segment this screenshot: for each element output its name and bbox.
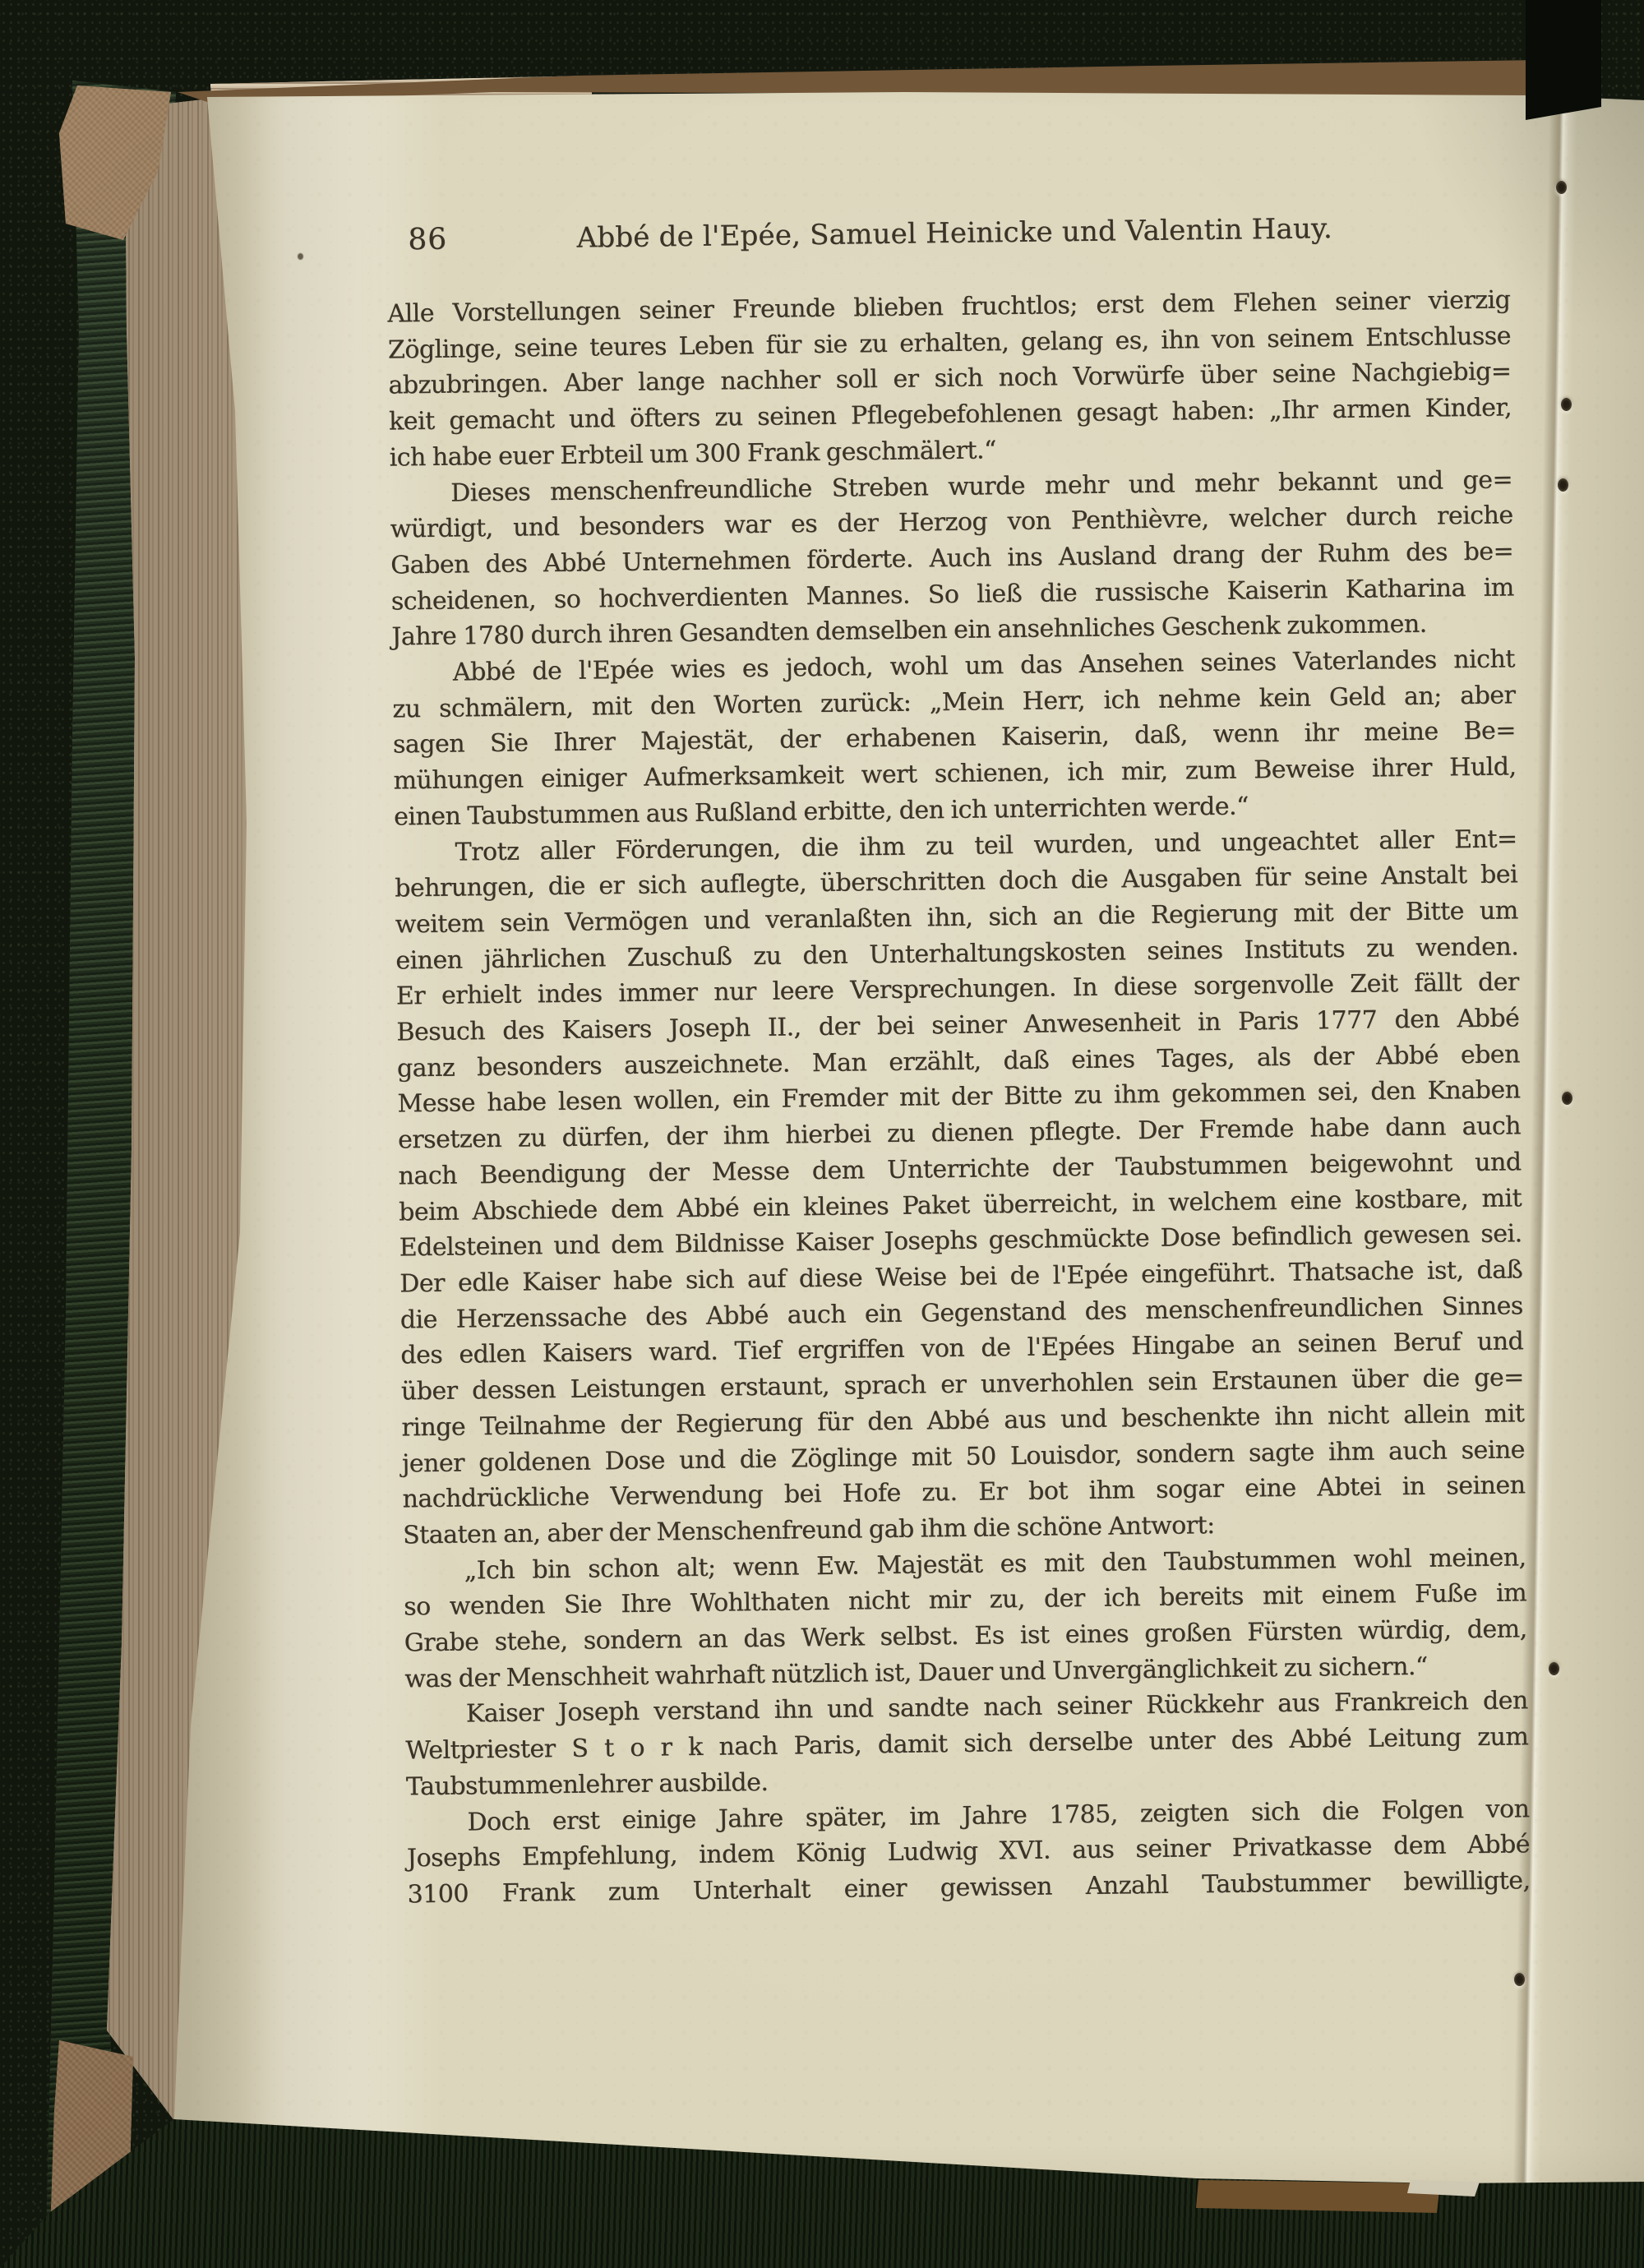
page-crease: [1499, 104, 1585, 2185]
text-line: ich habe euer Erbteil um 300 Frank gesch…: [389, 426, 1512, 476]
text-line: Kaiser Joseph verstand ihn und sandte na…: [405, 1684, 1528, 1734]
text-line: Jahre 1780 durch ihren Gesandten demselb…: [391, 606, 1514, 656]
text-line: Abbé de l'Epée wies es jedoch, wohl um d…: [392, 641, 1515, 691]
worm-hole: [1561, 398, 1572, 411]
text-line: 3100 Frank zum Unterhalt einer gewissen …: [407, 1863, 1530, 1913]
paper-speck: [298, 253, 303, 260]
text-line: Zöglinge, seine teures Leben für sie zu …: [388, 318, 1511, 368]
page-content: 86 Abbé de l'Epée, Samuel Heinicke und V…: [386, 208, 1531, 1948]
worm-hole: [1549, 1662, 1559, 1675]
worm-hole: [1556, 181, 1567, 194]
text-line: ersetzen zu dürfen, der ihm hierbei zu d…: [398, 1108, 1521, 1158]
text-line: Doch erst einige Jahre später, im Jahre …: [406, 1791, 1529, 1841]
text-line: behrungen, die er sich auflegte, übersch…: [395, 857, 1517, 908]
text-line: jener goldenen Dose und die Zöglinge mit…: [402, 1432, 1525, 1482]
text-line: Edelsteinen und dem Bildnisse Kaiser Jos…: [399, 1217, 1522, 1267]
book-scan: 86 Abbé de l'Epée, Samuel Heinicke und V…: [0, 0, 1644, 2268]
text-line: abzubringen. Aber lange nachher soll er …: [388, 354, 1511, 404]
page-header: 86 Abbé de l'Epée, Samuel Heinicke und V…: [386, 208, 1509, 258]
text-block: Alle Vorstellungen seiner Freunde bliebe…: [387, 282, 1531, 1913]
text-line: die Herzenssache des Abbé auch ein Gegen…: [400, 1288, 1523, 1338]
text-line: Der edle Kaiser habe sich auf diese Weis…: [399, 1252, 1522, 1302]
text-line: Grabe stehe, sondern an das Werk selbst.…: [404, 1611, 1527, 1661]
text-line: mühungen einiger Aufmerksamkeit wert sch…: [393, 749, 1516, 799]
text-line: des edlen Kaisers ward. Tief ergriffen v…: [400, 1324, 1523, 1374]
text-line: einen jährlichen Zuschuß zu den Unterhal…: [395, 929, 1518, 979]
text-line: Gaben des Abbé Unternehmen förderte. Auc…: [390, 534, 1513, 584]
text-line: Besuch des Kaisers Joseph II., der bei s…: [396, 1000, 1519, 1051]
text-line: ganz besonders auszeichnete. Man erzählt…: [397, 1037, 1520, 1087]
text-line: nach Beendigung der Messe dem Unterricht…: [398, 1144, 1521, 1194]
text-line: Weltpriester S t o r k nach Paris, damit…: [405, 1719, 1528, 1769]
page-number: 86: [408, 221, 466, 258]
text-line: über dessen Leistungen erstaunt, sprach …: [401, 1360, 1524, 1410]
text-line: würdigt, und besonders war es der Herzog…: [390, 498, 1512, 548]
text-line: Taubstummenlehrer ausbilde.: [406, 1755, 1529, 1805]
text-line: scheidenen, so hochverdienten Mannes. So…: [391, 570, 1514, 620]
worm-hole: [1514, 1973, 1525, 1986]
text-line: „Ich bin schon alt; wenn Ew. Majestät es…: [403, 1540, 1526, 1590]
book-page: 86 Abbé de l'Epée, Samuel Heinicke und V…: [0, 0, 1644, 2268]
text-line: Er erhielt indes immer nur leere Verspre…: [396, 965, 1519, 1015]
text-line: was der Menschheit wahrhaft nützlich ist…: [404, 1647, 1527, 1698]
text-line: Dieses menschenfreundliche Streben wurde…: [390, 462, 1512, 512]
text-line: Messe habe lesen wollen, ein Fremder mit…: [397, 1073, 1520, 1123]
text-line: Alle Vorstellungen seiner Freunde bliebe…: [387, 282, 1510, 332]
text-line: keit gemacht und öfters zu seinen Pflege…: [389, 390, 1512, 440]
text-line: sagen Sie Ihrer Majestät, der erhabenen …: [393, 714, 1516, 764]
text-line: einen Taubstummen aus Rußland erbitte, d…: [394, 785, 1517, 835]
worm-hole: [1558, 478, 1568, 492]
text-line: ringe Teilnahme der Regierung für den Ab…: [401, 1396, 1524, 1446]
text-line: nachdrückliche Verwendung bei Hofe zu. E…: [402, 1467, 1525, 1517]
text-line: Trotz aller Förderungen, die ihm zu teil…: [394, 821, 1517, 871]
text-line: zu schmälern, mit den Worten zurück: „Me…: [392, 677, 1515, 728]
running-header: Abbé de l'Epée, Samuel Heinicke und Vale…: [465, 208, 1509, 257]
text-line: Staaten an, aber der Menschenfreund gab …: [403, 1504, 1526, 1554]
text-line: so wenden Sie Ihre Wohlthaten nicht mir …: [404, 1576, 1526, 1626]
text-line: beim Abschiede dem Abbé ein kleines Pake…: [399, 1180, 1522, 1231]
text-line: weitem sein Vermögen und veranlaßten ihn…: [395, 893, 1518, 943]
worm-hole: [1562, 1092, 1572, 1105]
text-line: Josephs Empfehlung, indem König Ludwig X…: [407, 1827, 1530, 1877]
